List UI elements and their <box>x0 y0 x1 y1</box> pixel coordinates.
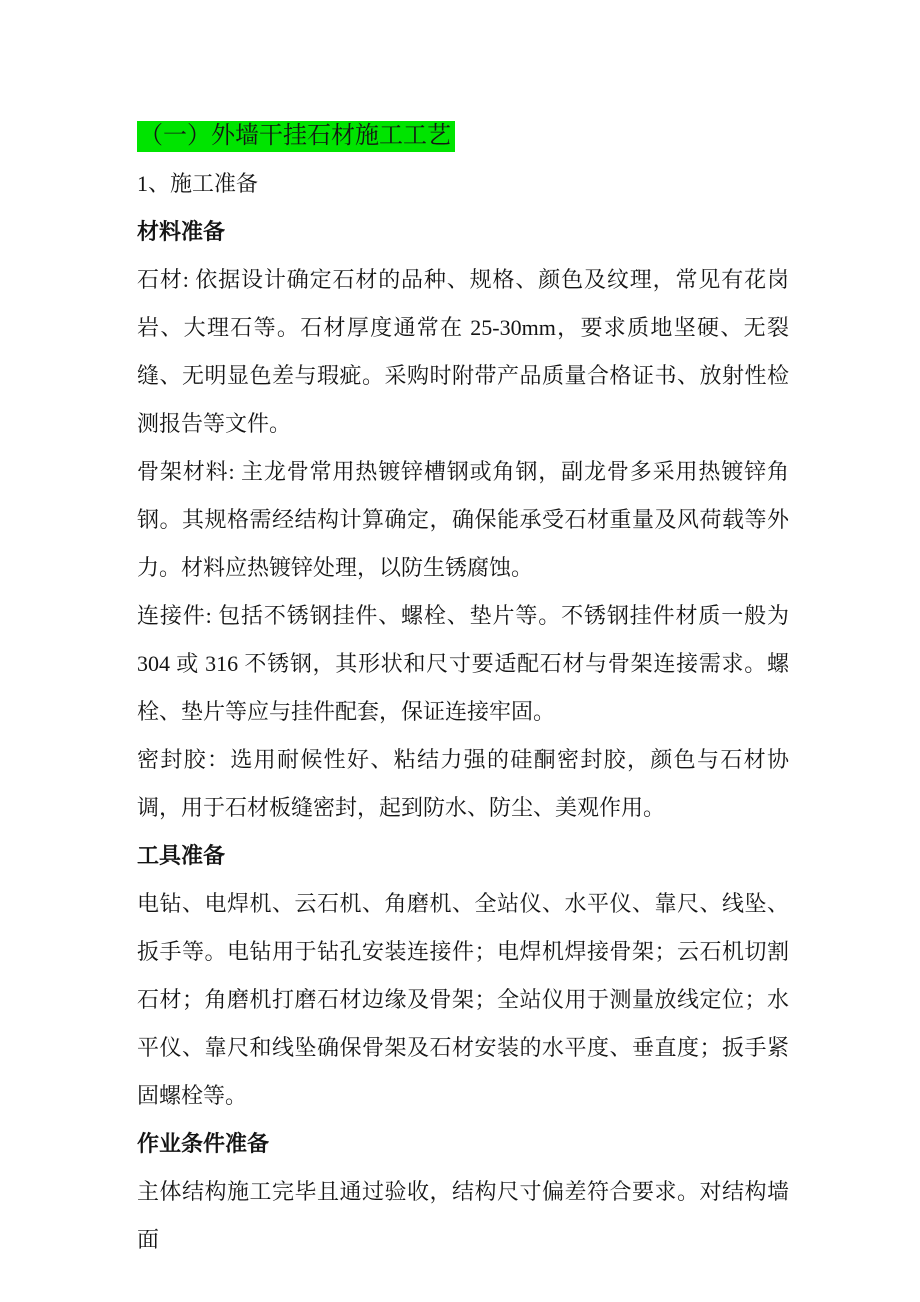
main-structure-paragraph: 主体结构施工完毕且通过验收，结构尺寸偏差符合要求。对结构墙面 <box>137 1168 789 1264</box>
frame-material-paragraph: 骨架材料: 主龙骨常用热镀锌槽钢或角钢，副龙骨多采用热镀锌角钢。其规格需经结构计… <box>137 448 789 592</box>
stone-material-paragraph: 石材: 依据设计确定石材的品种、规格、颜色及纹理，常见有花岗岩、大理石等。石材厚… <box>137 256 789 448</box>
connector-paragraph: 连接件: 包括不锈钢挂件、螺栓、垫片等。不锈钢挂件材质一般为 304 或 316… <box>137 592 789 736</box>
tools-paragraph: 电钻、电焊机、云石机、角磨机、全站仪、水平仪、靠尺、线坠、扳手等。电钻用于钻孔安… <box>137 880 789 1120</box>
sealant-paragraph: 密封胶：选用耐候性好、粘结力强的硅酮密封胶，颜色与石材协调，用于石材板缝密封，起… <box>137 736 789 832</box>
document-page: （一）外墙干挂石材施工工艺 1、施工准备 材料准备 石材: 依据设计确定石材的品… <box>137 112 789 1264</box>
section-1-heading: 1、施工准备 <box>137 160 789 208</box>
work-condition-subheading: 作业条件准备 <box>137 1120 789 1168</box>
material-prep-subheading: 材料准备 <box>137 208 789 256</box>
tool-prep-subheading: 工具准备 <box>137 832 789 880</box>
title-highlight: （一）外墙干挂石材施工工艺 <box>137 121 455 152</box>
document-title: （一）外墙干挂石材施工工艺 <box>137 112 789 160</box>
